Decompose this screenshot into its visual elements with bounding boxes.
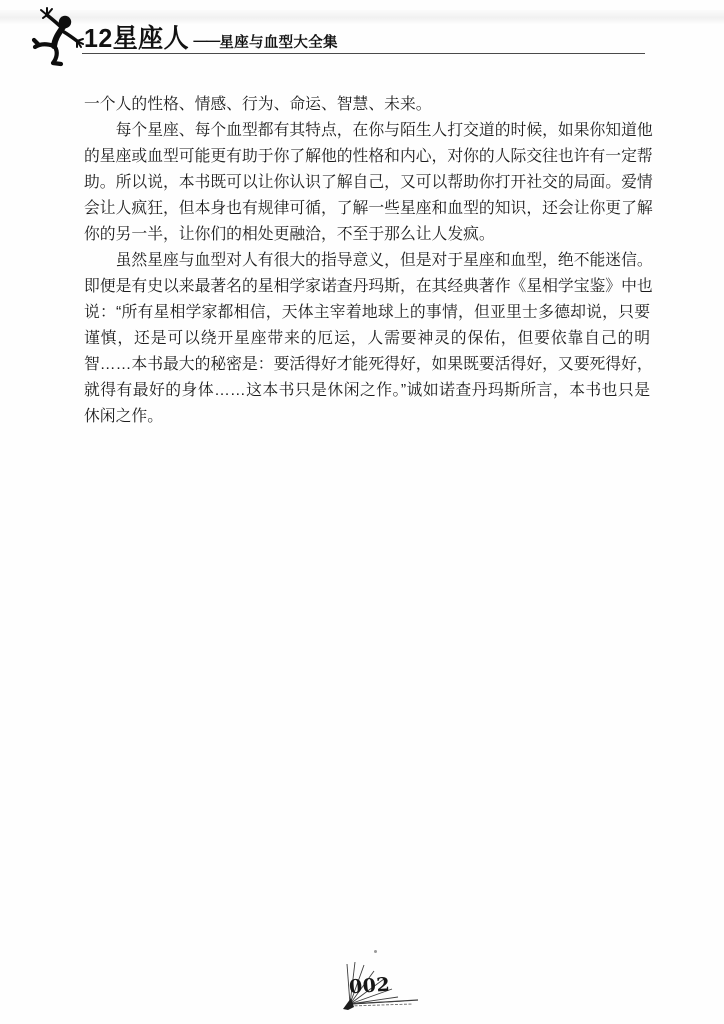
text-line: 智……本书最大的秘密是：要活得好才能死得好，如果既要活得好，又要死得好， — [84, 352, 650, 378]
book-subtitle: 星座与血型大全集 — [219, 35, 337, 51]
body-text: 一个人的性格、情感、行为、命运、智慧、未来。 每个星座、每个血型都有其特点，在你… — [84, 92, 650, 430]
text-line: 助。所以说，本书既可以让你认识了解自己，又可以帮助你打开社交的局面。爱情 — [84, 170, 650, 196]
text-line: 休闲之作。 — [84, 404, 650, 430]
book-page: 12星座人——星座与血型大全集 一个人的性格、情感、行为、命运、智慧、未来。 每… — [0, 0, 724, 1024]
scan-edge-band — [0, 10, 724, 24]
text-line: 就得有最好的身体……这本书只是休闲之作。”诚如诺查丹玛斯所言，本书也只是 — [84, 378, 650, 404]
text-line: 说：“所有星相学家都相信，天体主宰着地球上的事情，但亚里士多德却说，只要 — [84, 300, 650, 326]
text-line: 一个人的性格、情感、行为、命运、智慧、未来。 — [84, 92, 650, 118]
text-line: 即便是有史以来最著名的星相学家诺查丹玛斯，在其经典著作《星相学宝鉴》中也 — [84, 274, 650, 300]
text-line: 的星座或血型可能更有助于你了解他的性格和内心，对你的人际交往也许有一定帮 — [84, 144, 650, 170]
title-dash: —— — [193, 32, 219, 48]
header: 12星座人——星座与血型大全集 — [84, 25, 338, 52]
text-line: 虽然星座与血型对人有很大的指导意义，但是对于星座和血型，绝不能迷信。 — [84, 248, 650, 274]
text-line: 你的另一半，让你们的相处更融洽，不至于那么让人发疯。 — [84, 222, 650, 248]
header-rule — [82, 53, 645, 54]
text-line: 谨慎，还是可以绕开星座带来的厄运，人需要神灵的保佑，但要依靠自己的明 — [84, 326, 650, 352]
page-number: 002 — [348, 974, 391, 999]
book-title: 12星座人 — [84, 25, 189, 52]
text-line: 每个星座、每个血型都有其特点，在你与陌生人打交道的时候，如果你知道他 — [84, 118, 650, 144]
text-line: 会让人疯狂，但本身也有规律可循，了解一些星座和血型的知识，还会让你更了解 — [84, 196, 650, 222]
dancing-figure-icon — [31, 6, 87, 68]
scan-speck — [374, 950, 377, 953]
page-number-block: 002 — [340, 956, 424, 1012]
